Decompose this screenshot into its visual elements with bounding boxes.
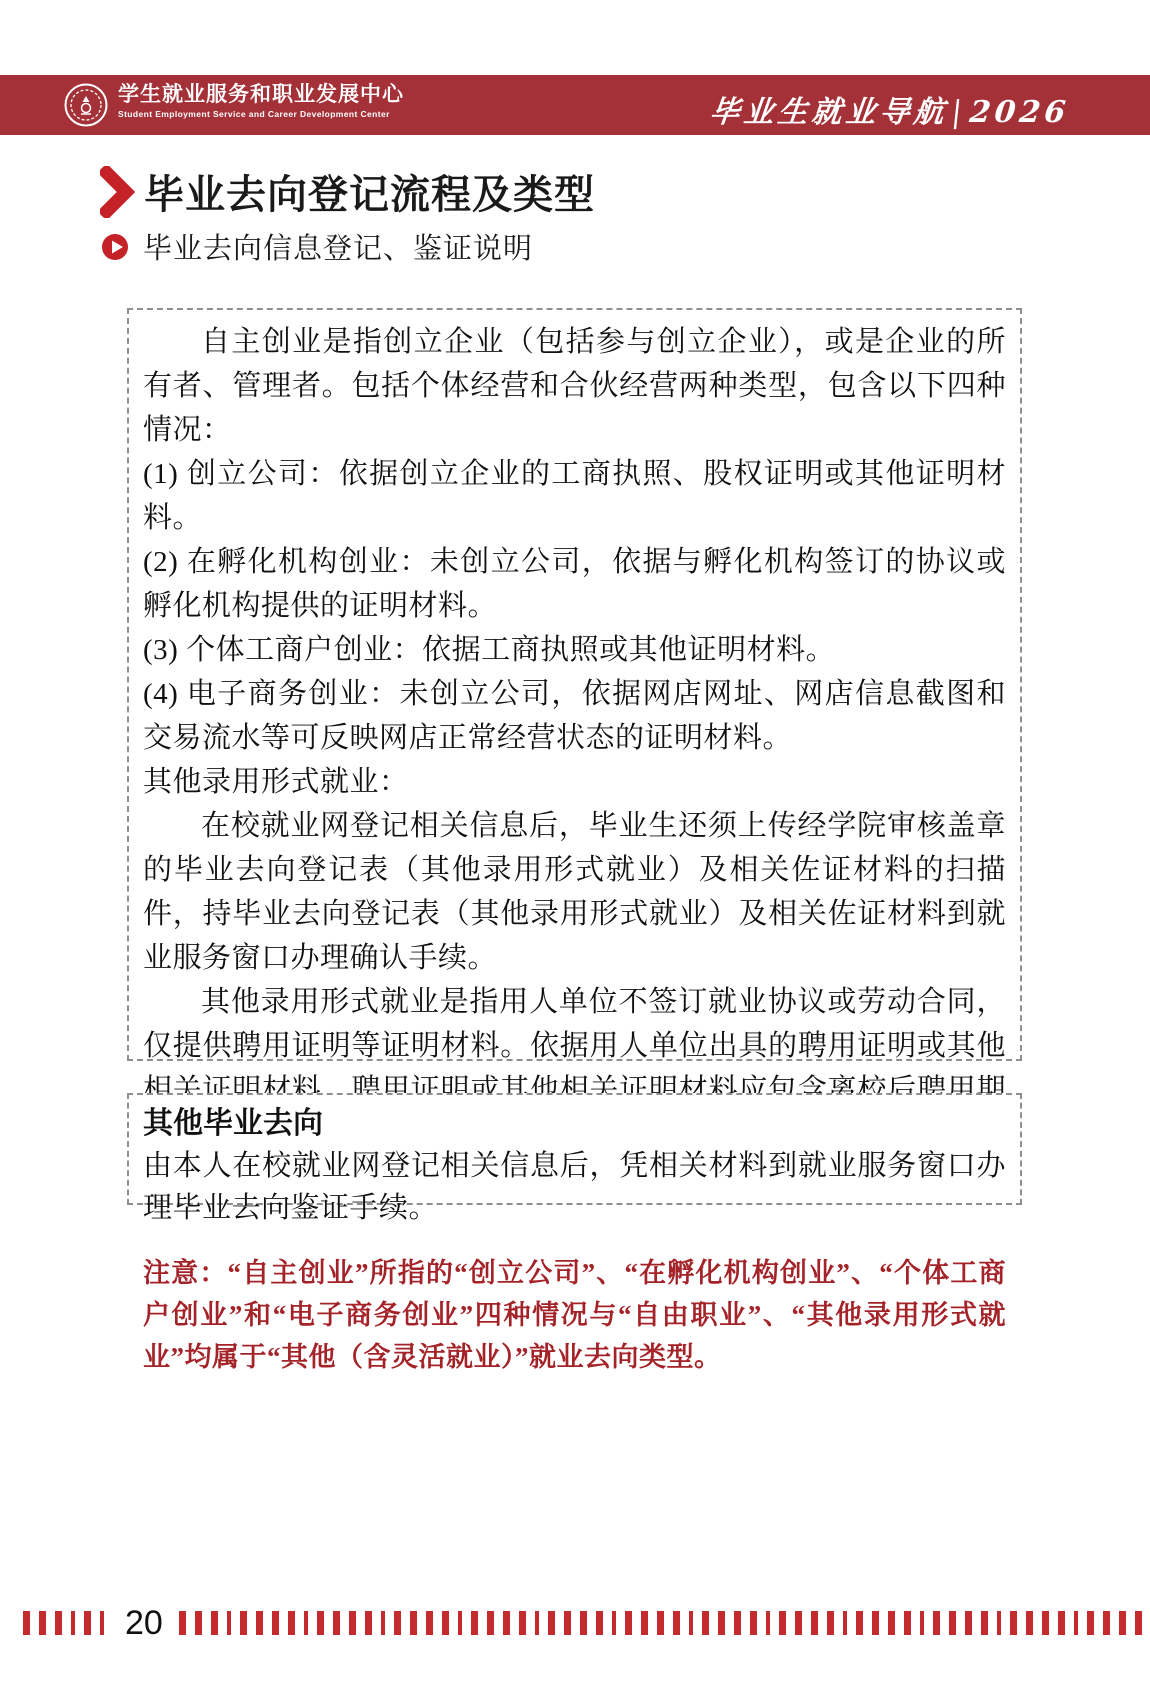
list-item-1: (1) 创立公司：依据创立企业的工商执照、股权证明或其他证明材料。 [143,452,1006,540]
banner-title: 毕业生就业导航|2026 [708,87,1072,131]
list-item-2: (2) 在孵化机构创业：未创立公司，依据与孵化机构签订的协议或孵化机构提供的证明… [143,540,1006,628]
org-name-block: 学生就业服务和职业发展中心 Student Employment Service… [118,82,404,120]
page-subtitle: 毕业去向信息登记、鉴证说明 [143,226,533,267]
org-name-zh: 学生就业服务和职业发展中心 [118,82,404,108]
header-band: 学生就业服务和职业发展中心 Student Employment Service… [0,75,1150,135]
section-subtitle-row: 毕业去向信息登记、鉴证说明 [102,226,533,267]
chevron-right-icon [100,166,136,218]
page-title: 毕业去向登记流程及类型 [144,163,595,220]
list-item-3: (3) 个体工商户创业：依据工商执照或其他证明材料。 [143,628,1006,672]
footer-barcode-right [179,1611,1150,1635]
section-title-row: 毕业去向登记流程及类型 [100,163,595,220]
footer: 20 [0,1606,1150,1640]
note-text: 注意：“自主创业”所指的“创立公司”、“在孵化机构创业”、“个体工商户创业”和“… [143,1252,1006,1378]
box2-heading: 其他毕业去向 [143,1103,1006,1145]
other-destination-box: 其他毕业去向 由本人在校就业网登记相关信息后，凭相关材料到就业服务窗口办理毕业去… [127,1093,1022,1205]
university-seal-logo [64,83,108,127]
footer-barcode-left [23,1611,113,1635]
paragraph: 在校就业网登记相关信息后，毕业生还须上传经学院审核盖章的毕业去向登记表（其他录用… [143,804,1006,980]
box2-body: 由本人在校就业网登记相关信息后，凭相关材料到就业服务窗口办理毕业去向鉴证手续。 [143,1145,1006,1229]
page-number: 20 [125,1606,163,1640]
list-item-4: (4) 电子商务创业：未创立公司，依据网店网址、网店信息截图和交易流水等可反映网… [143,672,1006,760]
banner-year: 2026 [968,95,1071,130]
banner-title-text: 毕业生就业导航 [708,95,950,130]
org-name-en: Student Employment Service and Career De… [118,108,404,120]
paragraph: 自主创业是指创立企业（包括参与创立企业），或是企业的所有者、管理者。包括个体经营… [143,320,1006,452]
registration-info-box: 自主创业是指创立企业（包括参与创立企业），或是企业的所有者、管理者。包括个体经营… [127,308,1022,1061]
subheading-other-employment: 其他录用形式就业： [143,760,1006,804]
play-circle-icon [102,234,128,260]
